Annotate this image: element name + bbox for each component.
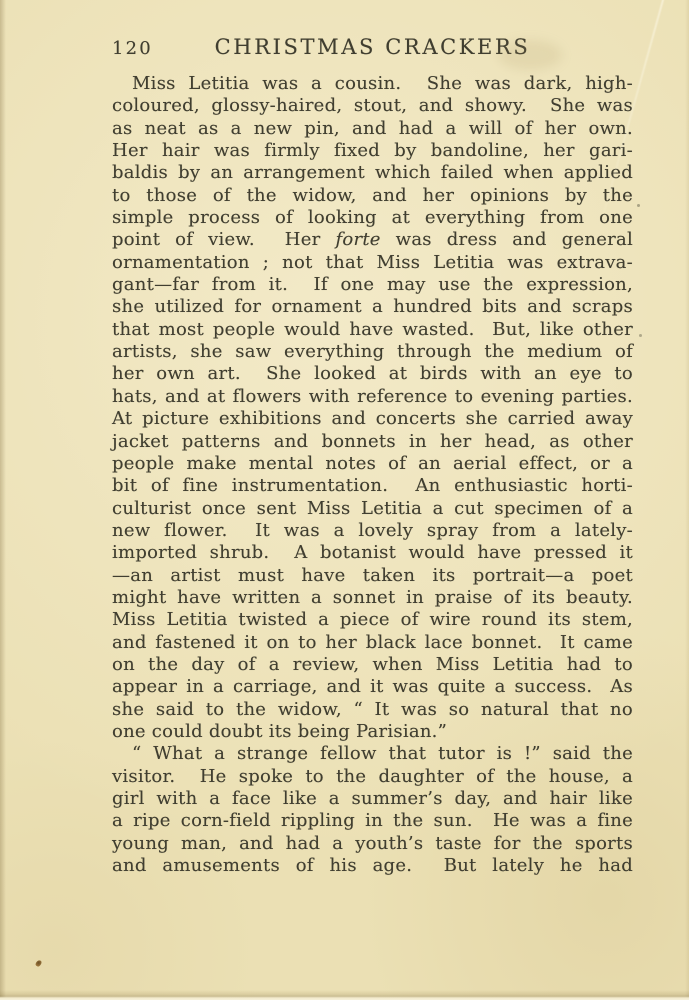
text-line: visitor. He spoke to the daughter of the…: [112, 766, 633, 788]
text-line: “ What a strange fellow that tutor is !”…: [112, 743, 633, 765]
text-segment: she said to the widow, “ It was so natur…: [112, 699, 633, 720]
text-segment: young man, and had a youth’s taste for t…: [112, 833, 633, 854]
text-line: girl with a face like a summer’s day, an…: [112, 788, 633, 810]
text-line: one could doubt its being Parisian.”: [112, 721, 633, 743]
text-line: ornamentation ; not that Miss Letitia wa…: [112, 252, 633, 274]
text-line: Miss Letitia was a cousin. She was dark,…: [112, 73, 633, 95]
text-line: she said to the widow, “ It was so natur…: [112, 699, 633, 721]
text-line: simple process of looking at everything …: [112, 207, 633, 229]
text-segment: appear in a carriage, and it was quite a…: [112, 676, 633, 697]
text-segment: Miss Letitia was a cousin. She was dark,…: [132, 73, 633, 94]
text-segment: jacket patterns and bonnets in her head,…: [112, 431, 633, 452]
text-segment: Miss Letitia twisted a piece of wire rou…: [112, 609, 633, 630]
text-segment: as neat as a new pin, and had a will of …: [112, 118, 633, 139]
paper-speck: [639, 334, 642, 337]
text-segment: artists, she saw everything through the …: [112, 341, 633, 362]
text-segment: baldis by an arrangement which failed wh…: [112, 162, 633, 183]
text-line: hats, and at flowers with reference to e…: [112, 386, 633, 408]
text-line: coloured, glossy-haired, stout, and show…: [112, 95, 633, 117]
text-segment: gant—far from it. If one may use the exp…: [112, 274, 633, 295]
text-line: Her hair was firmly fixed by bandoline, …: [112, 140, 633, 162]
text-line: appear in a carriage, and it was quite a…: [112, 676, 633, 698]
text-segment-italic: forte: [335, 229, 380, 250]
text-segment: her own art. She looked at birds with an…: [112, 363, 633, 384]
text-segment: visitor. He spoke to the daughter of the…: [112, 766, 633, 787]
text-line: and fastened it on to her black lace bon…: [112, 632, 633, 654]
text-line: culturist once sent Miss Letitia a cut s…: [112, 498, 633, 520]
text-segment: At picture exhibitions and concerts she …: [112, 408, 633, 429]
text-line: jacket patterns and bonnets in her head,…: [112, 431, 633, 453]
text-segment: simple process of looking at everything …: [112, 207, 633, 228]
text-segment: girl with a face like a summer’s day, an…: [112, 788, 633, 809]
paper-speck: [35, 959, 43, 968]
text-segment: imported shrub. A botanist would have pr…: [112, 542, 633, 563]
text-line: gant—far from it. If one may use the exp…: [112, 274, 633, 296]
text-segment: people make mental notes of an aerial ef…: [112, 453, 633, 474]
text-line: point of view. Her forte was dress and g…: [112, 229, 633, 251]
text-segment: ornamentation ; not that Miss Letitia wa…: [112, 252, 633, 273]
text-segment: point of view. Her: [112, 229, 335, 250]
page-edge-right: [685, 0, 689, 1000]
text-segment: “ What a strange fellow that tutor is !”…: [132, 743, 633, 764]
text-line: new flower. It was a lovely spray from a…: [112, 520, 633, 542]
text-line: on the day of a review, when Miss Letiti…: [112, 654, 633, 676]
text-line: —an artist must have taken its portrait—…: [112, 565, 633, 587]
text-line: At picture exhibitions and concerts she …: [112, 408, 633, 430]
text-segment: hats, and at flowers with reference to e…: [112, 386, 633, 407]
text-line: and amusements of his age. But lately he…: [112, 855, 633, 877]
text-line: her own art. She looked at birds with an…: [112, 363, 633, 385]
text-line: might have written a sonnet in praise of…: [112, 587, 633, 609]
text-segment: she utilized for ornament a hundred bits…: [112, 296, 633, 317]
text-segment: coloured, glossy-haired, stout, and show…: [112, 95, 633, 116]
text-segment: and fastened it on to her black lace bon…: [112, 632, 633, 653]
text-line: a ripe corn-field rippling in the sun. H…: [112, 810, 633, 832]
text-line: bit of fine instrumentation. An enthusia…: [112, 475, 633, 497]
text-line: imported shrub. A botanist would have pr…: [112, 542, 633, 564]
text-segment: one could doubt its being Parisian.”: [112, 721, 447, 742]
text-line: to those of the widow, and her opinions …: [112, 185, 633, 207]
text-line: that most people would have wasted. But,…: [112, 319, 633, 341]
text-block: Miss Letitia was a cousin. She was dark,…: [112, 73, 633, 877]
text-segment: might have written a sonnet in praise of…: [112, 587, 633, 608]
text-segment: and amusements of his age. But lately he…: [112, 855, 633, 876]
text-segment: was dress and general: [381, 229, 633, 250]
text-line: baldis by an arrangement which failed wh…: [112, 162, 633, 184]
text-segment: —an artist must have taken its portrait—…: [112, 565, 633, 586]
page-edge-left: [0, 0, 6, 1000]
text-line: people make mental notes of an aerial ef…: [112, 453, 633, 475]
page-number: 120: [112, 38, 153, 59]
text-segment: to those of the widow, and her opinions …: [112, 185, 633, 206]
text-line: she utilized for ornament a hundred bits…: [112, 296, 633, 318]
text-line: artists, she saw everything through the …: [112, 341, 633, 363]
text-line: as neat as a new pin, and had a will of …: [112, 118, 633, 140]
text-line: Miss Letitia twisted a piece of wire rou…: [112, 609, 633, 631]
book-page: 120 CHRISTMAS CRACKERS Miss Letitia was …: [0, 0, 689, 1000]
paper-smudge: [498, 40, 562, 70]
text-segment: culturist once sent Miss Letitia a cut s…: [112, 498, 633, 519]
text-segment: new flower. It was a lovely spray from a…: [112, 520, 633, 541]
text-segment: bit of fine instrumentation. An enthusia…: [112, 475, 633, 496]
paper-speck: [637, 204, 640, 207]
text-segment: on the day of a review, when Miss Letiti…: [112, 654, 633, 675]
text-segment: a ripe corn-field rippling in the sun. H…: [112, 810, 633, 831]
text-segment: that most people would have wasted. But,…: [112, 319, 633, 340]
text-line: young man, and had a youth’s taste for t…: [112, 833, 633, 855]
text-segment: Her hair was firmly fixed by bandoline, …: [112, 140, 633, 161]
page-edge-bottom: [0, 990, 689, 1000]
